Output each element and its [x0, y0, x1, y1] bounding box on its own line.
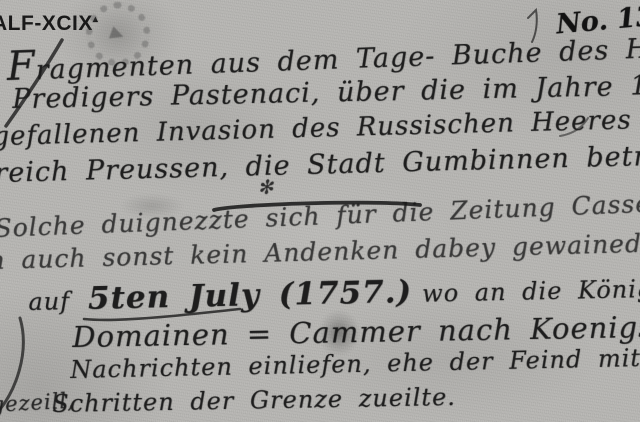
date-prefix: auf [28, 287, 70, 316]
manuscript-scan: ALF-XCIX▴ ▶ No. 136. Fragmenten aus dem … [0, 0, 640, 422]
date-suffix: wo an die Königl: Kriegs u. [422, 272, 640, 308]
margin-note: gezeill, [0, 389, 75, 417]
manuscript-line-10: Schritten der Grenze zueilte. [52, 383, 456, 418]
section-asterisk-mark: ✻ [256, 176, 276, 200]
archive-shelfmark: ALF-XCIX▴ [0, 12, 98, 36]
archive-shelfmark-text: ALF-XCIX [0, 12, 93, 35]
ink-blot [318, 310, 360, 356]
underlined-date: 5ten July (1757.) [88, 274, 413, 317]
ink-smudge [120, 194, 184, 218]
